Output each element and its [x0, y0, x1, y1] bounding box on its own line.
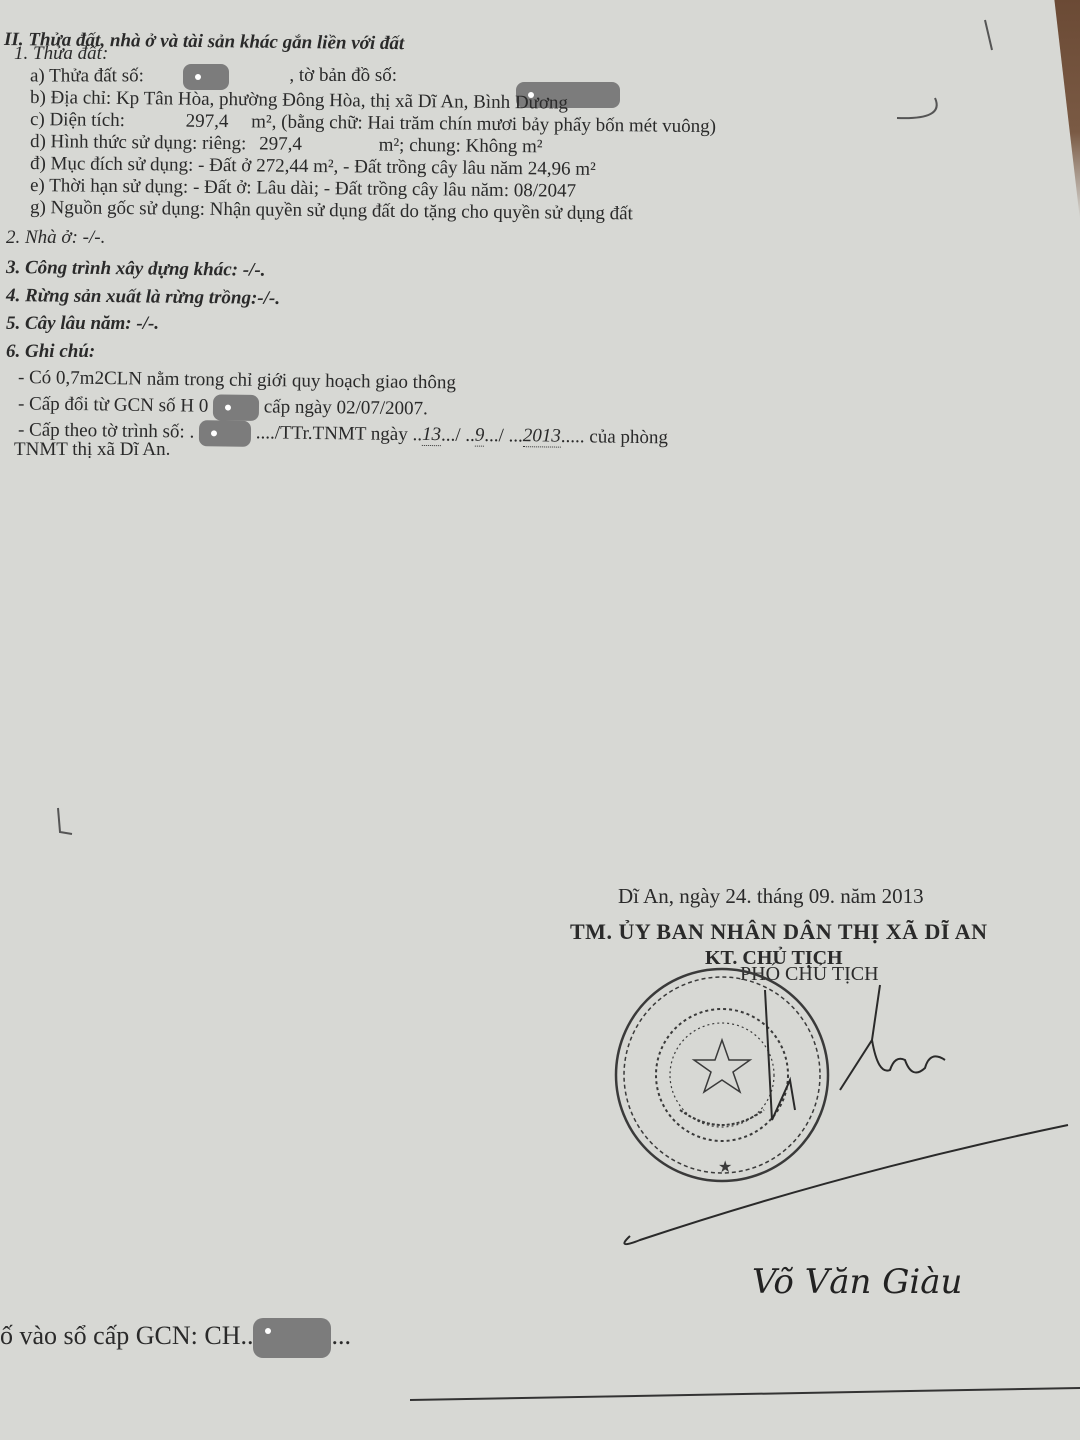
- item-other-construction: 3. Công trình xây dựng khác: -/-.: [6, 258, 266, 281]
- certificate-page: II. Thửa đất, nhà ở và tài sản khác gắn …: [0, 0, 1080, 1440]
- handwritten-signature-icon: [624, 985, 1068, 1244]
- shared-area-value: m²; chung: Không m²: [379, 135, 543, 158]
- item-notes-heading: 6. Ghi chú:: [6, 342, 95, 362]
- area-label: c) Diện tích:: [30, 109, 125, 131]
- redacted-registry-number: [253, 1318, 331, 1358]
- official-seal-icon: ★: [616, 969, 828, 1181]
- proposal-year: 2013: [523, 426, 561, 448]
- bottom-rule: [410, 1388, 1080, 1400]
- land-parcel-line: a) Thửa đất số: , tờ bản đồ số:: [30, 64, 397, 90]
- parcel-number-label: a) Thửa đất số:: [30, 65, 144, 86]
- reissue-prefix: - Cấp đổi từ GCN số H 0: [18, 393, 209, 416]
- place-date: Dĩ An, ngày 24. tháng 09. năm 2013: [618, 886, 924, 906]
- proposal-suffix: ..... của phòng: [561, 426, 668, 448]
- item-perennial-trees: 5. Cây lâu năm: -/-.: [6, 314, 159, 334]
- proposal-mid: ..../TTr.TNMT ngày ..: [256, 422, 423, 445]
- note-office: TNMT thị xã Dĩ An.: [14, 440, 170, 460]
- registry-line: ố vào sổ cấp GCN: CH.....: [0, 1318, 351, 1358]
- area-value: 297,4: [186, 111, 229, 132]
- svg-text:★: ★: [718, 1159, 732, 1176]
- land-heading: 1. Thửa đất:: [14, 44, 108, 64]
- registry-suffix: ...: [331, 1321, 351, 1350]
- map-sheet-label: , tờ bản đồ số:: [289, 65, 397, 86]
- item-plantation-forest: 4. Rừng sản xuất là rừng trồng:-/-.: [6, 286, 280, 309]
- note-planning: - Có 0,7m2CLN nằm trong chỉ giới quy hoạ…: [18, 368, 456, 393]
- usage-form-label: d) Hình thức sử dụng: riêng:: [30, 131, 247, 154]
- table-edge: [1000, 0, 1080, 220]
- reissue-date: cấp ngày 02/07/2007.: [264, 396, 428, 419]
- proposal-day: 13: [422, 424, 441, 446]
- signer-name: Võ Văn Giàu: [752, 1262, 962, 1302]
- area-in-words: m², (bằng chữ: Hai trăm chín mươi bảy ph…: [251, 111, 716, 137]
- proposal-month: 9: [475, 425, 485, 447]
- redacted-parcel-number: [183, 64, 229, 90]
- private-area-value: 297,4: [259, 133, 302, 154]
- redacted-proposal-number: [199, 420, 251, 447]
- item-house: 2. Nhà ở: -/-.: [6, 228, 105, 248]
- signer-subtitle: PHÓ CHỦ TỊCH: [740, 964, 879, 984]
- origin-line: g) Nguồn gốc sử dụng: Nhận quyền sử dụng…: [30, 198, 633, 224]
- registry-label: ố vào sổ cấp GCN: CH..: [0, 1321, 253, 1350]
- redacted-old-certificate: [213, 394, 259, 421]
- issuing-authority: TM. ỦY BAN NHÂN DÂN THỊ XÃ DĨ AN: [570, 922, 988, 942]
